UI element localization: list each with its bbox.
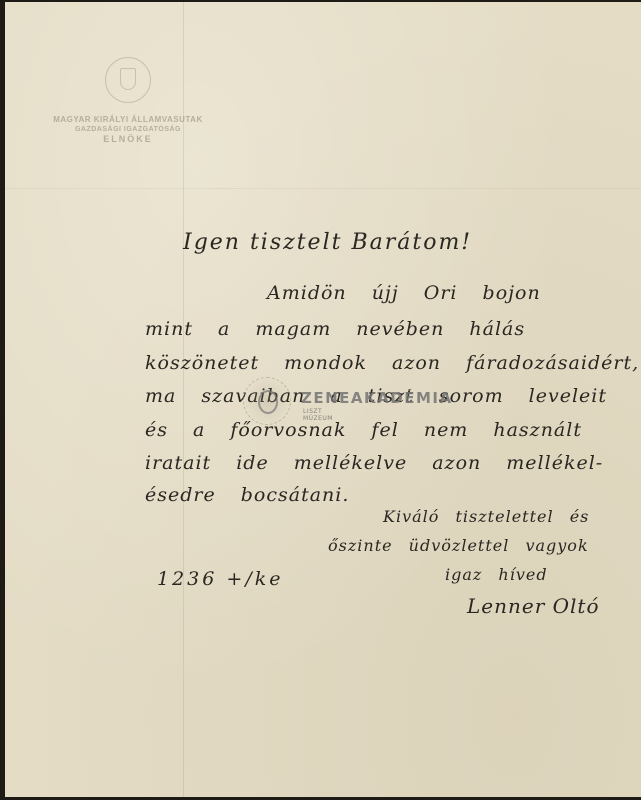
salutation: Igen tisztelt Barátom!	[183, 230, 472, 255]
letter-sheet: MAGYAR KIRÁLYI ÁLLAMVASUTAK GAZDASÁGI IG…	[5, 2, 641, 797]
paper-fold-horizontal	[5, 188, 641, 189]
embossed-letterhead: MAGYAR KIRÁLYI ÁLLAMVASUTAK GAZDASÁGI IG…	[43, 57, 213, 144]
closing-line: Kiváló tisztelettel és	[383, 507, 589, 526]
closing-line: igaz híved	[445, 565, 548, 584]
archive-number: 1236 +/ke	[157, 568, 283, 590]
letterhead-line-3: ELNÖKE	[43, 134, 213, 144]
stamp-name: ZENEAKADÉMIA	[301, 389, 453, 407]
lyre-logo-icon	[243, 377, 291, 425]
body-line: és a főorvosnak fel nem használt	[145, 419, 582, 441]
closing-line: őszinte üdvözlettel vagyok	[328, 536, 589, 555]
body-line: mint a magam nevében hálás	[145, 318, 525, 340]
coat-of-arms-icon	[105, 57, 151, 103]
letterhead-line-1: MAGYAR KIRÁLYI ÁLLAMVASUTAK	[43, 115, 213, 124]
body-line: Amidön újj Ori bojon	[267, 282, 541, 304]
body-line: köszönetet mondok azon fáradozásaidért,	[145, 352, 639, 374]
body-line: ésedre bocsátani.	[145, 484, 349, 506]
body-line: iratait ide mellékelve azon mellékel-	[145, 452, 603, 474]
stamp-subtitle: LISZT MÚZEUM	[303, 408, 333, 422]
signature: Lenner Oltó	[467, 594, 600, 618]
letterhead-line-2: GAZDASÁGI IGAZGATÓSÁG	[43, 126, 213, 133]
